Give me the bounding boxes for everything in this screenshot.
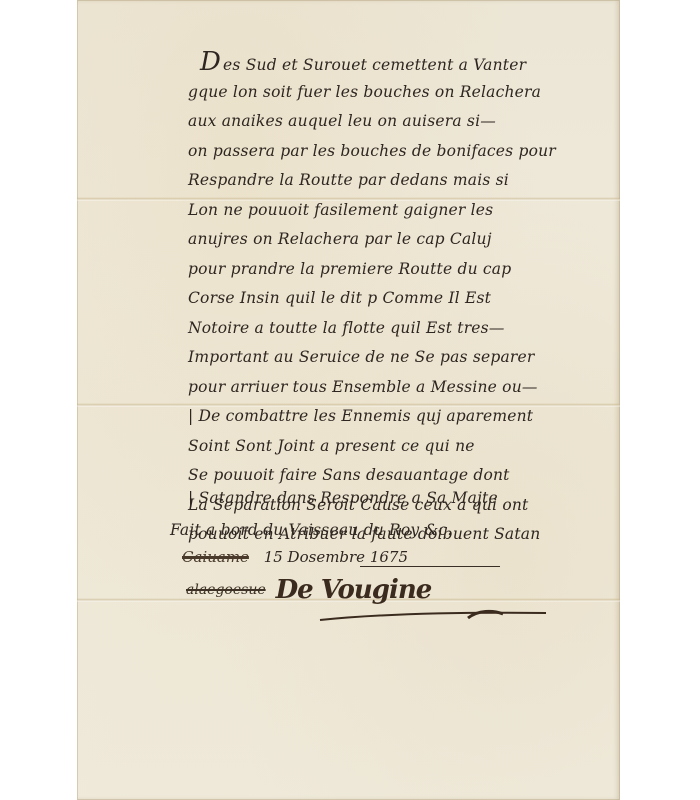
struck-out-word: alaegoesue xyxy=(186,582,266,598)
body-line: pour prandre la premiere Routte du cap xyxy=(188,255,618,285)
letter-closing: | Satandre dans Respondre a Sa Majte Fai… xyxy=(170,516,610,546)
signature: De Vougine xyxy=(276,575,432,605)
letter-body: Des Sud et Surouet cemettent a Vanter gq… xyxy=(188,48,618,550)
struck-out-word: Caiuame xyxy=(182,548,249,566)
body-line: aux anaikes auquel leu on auisera si— xyxy=(188,107,618,137)
body-line: on passera par les bouches de bonifaces … xyxy=(188,137,618,167)
body-line: | Satandre dans Respondre a Sa Majte xyxy=(188,484,498,514)
decorated-initial: D xyxy=(200,47,221,77)
body-line: Respandre la Routte par dedans mais si xyxy=(188,166,618,196)
body-line: Notoire a toutte la flotte quil Est tres… xyxy=(188,314,618,344)
body-line: pour arriuer tous Ensemble a Messine ou— xyxy=(188,373,618,403)
signature-block: alaegoesue De Vougine xyxy=(186,575,431,605)
closing-line: Fait a bord du Vaisseau du Roy &c. xyxy=(170,516,610,546)
signature-flourish xyxy=(318,608,548,622)
date-underline xyxy=(360,566,500,567)
body-line: Important au Seruice de ne Se pas separe… xyxy=(188,343,618,373)
body-line: Lon ne pouuoit fasilement gaigner les xyxy=(188,196,618,226)
body-line: gque lon soit fuer les bouches on Relach… xyxy=(188,78,618,108)
body-line: Soint Sont Joint a present ce qui ne xyxy=(188,432,618,462)
date-line: Caiuame 15 Dosembre 1675 xyxy=(182,548,408,566)
body-line: anujres on Relachera par le cap Caluj xyxy=(188,225,618,255)
letter-date: 15 Dosembre 1675 xyxy=(264,548,408,566)
body-line: | De combattre les Ennemis quj aparement xyxy=(188,402,618,432)
body-line: Des Sud et Surouet cemettent a Vanter xyxy=(188,48,618,78)
body-line: Corse Insin quil le dit p Comme Il Est xyxy=(188,284,618,314)
document-viewer: Des Sud et Surouet cemettent a Vanter gq… xyxy=(0,0,700,800)
